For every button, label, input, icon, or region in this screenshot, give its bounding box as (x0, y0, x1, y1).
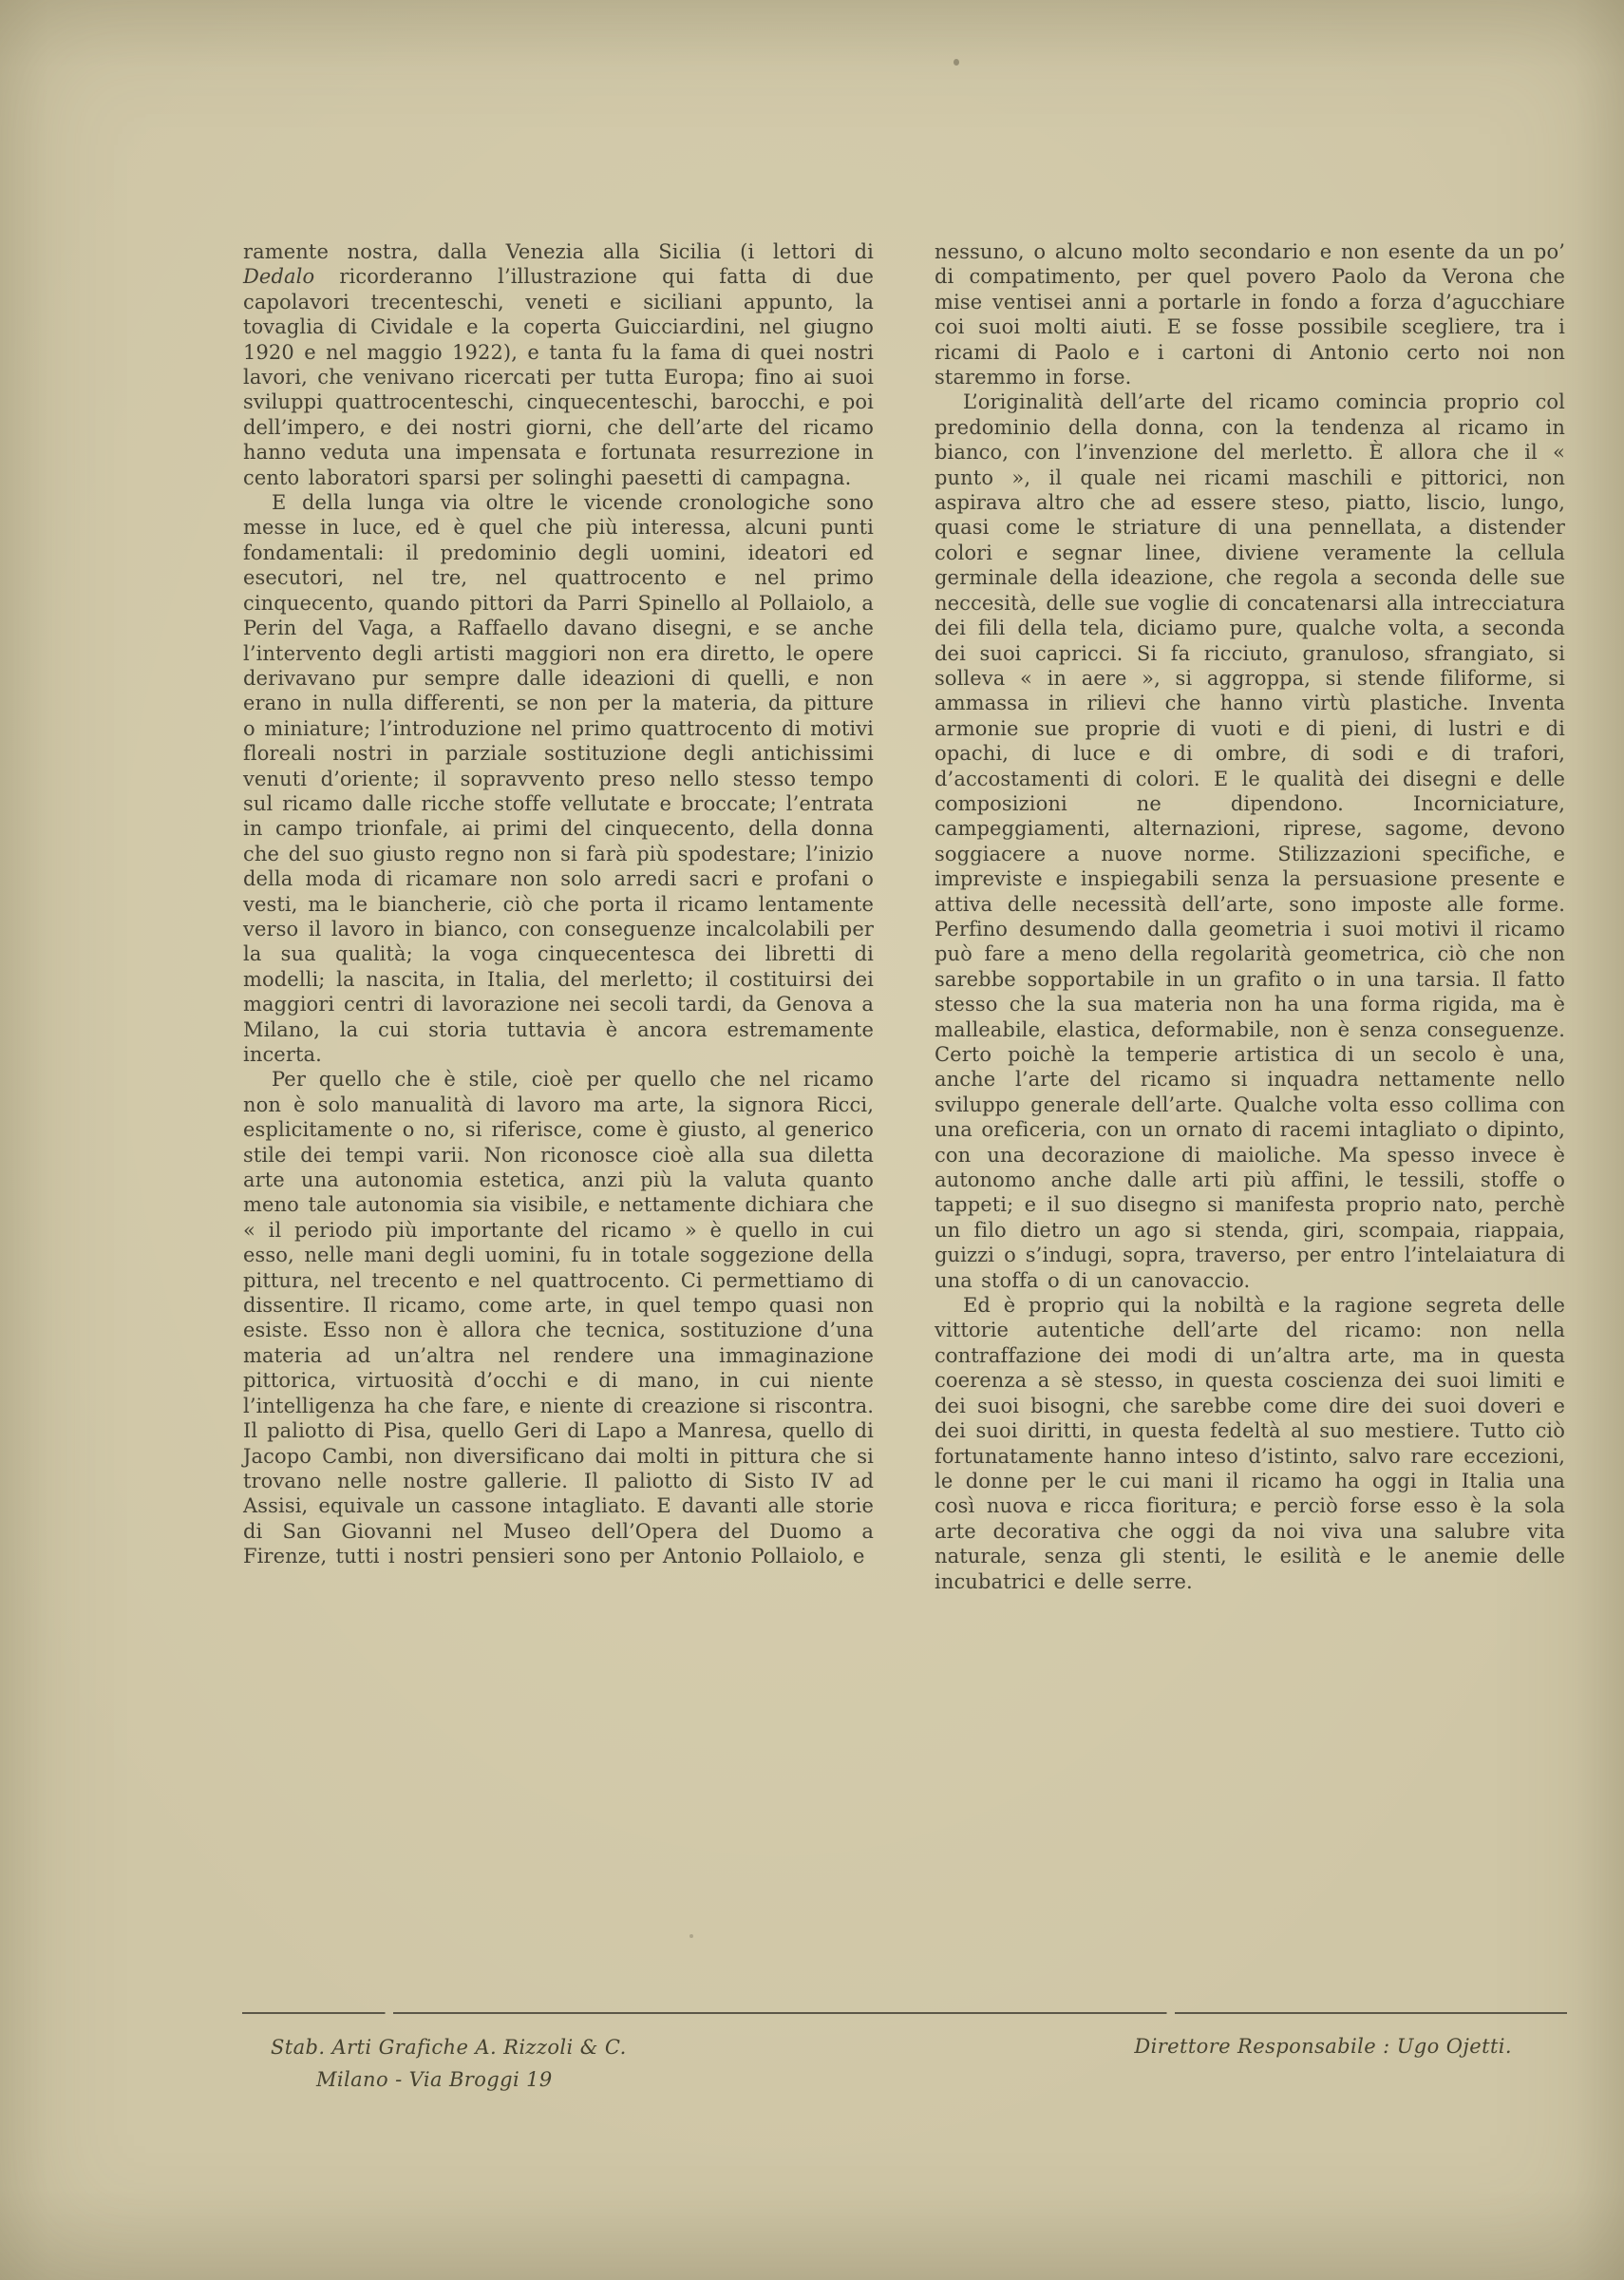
text-run: Ed è proprio qui la nobiltà e la ragione… (935, 1294, 1565, 1592)
paragraph: L’originalità dell’arte del ricamo comin… (935, 389, 1565, 1293)
article-body: ramente nostra, dalla Venezia alla Sicil… (243, 239, 1565, 1594)
scan-speck (954, 59, 959, 66)
text-column-right: nessuno, o alcuno molto secondario e non… (935, 239, 1565, 1594)
text-column-left: ramente nostra, dalla Venezia alla Sicil… (243, 239, 874, 1594)
text-run: nessuno, o alcuno molto secondario e non… (935, 240, 1565, 389)
paragraph: E della lunga via oltre le vicende crono… (243, 490, 874, 1067)
paragraph: ramente nostra, dalla Venezia alla Sicil… (243, 239, 874, 490)
scan-speck (689, 1934, 693, 1938)
printer-imprint-line2: Milano - Via Broggi 19 (316, 2063, 627, 2096)
italic-text-run: Dedalo (243, 265, 314, 288)
text-run: L’originalità dell’arte del ricamo comin… (935, 390, 1565, 1291)
text-run: Per quello che è stile, cioè per quello … (243, 1068, 874, 1567)
text-run: E della lunga via oltre le vicende crono… (243, 491, 874, 1066)
printer-imprint: Stab. Arti Grafiche A. Rizzoli & C. Mila… (271, 2031, 627, 2096)
paragraph: Ed è proprio qui la nobiltà e la ragione… (935, 1293, 1565, 1594)
footer-rule (242, 2012, 1567, 2014)
director-credit: Direttore Responsabile : Ugo Ojetti. (1134, 2035, 1512, 2058)
text-run: ramente nostra, dalla Venezia alla Sicil… (243, 240, 874, 263)
scanned-page: ramente nostra, dalla Venezia alla Sicil… (0, 0, 1624, 2280)
paragraph: Per quello che è stile, cioè per quello … (243, 1067, 874, 1568)
paragraph: nessuno, o alcuno molto secondario e non… (935, 239, 1565, 389)
text-run: ricorderanno l’illustrazione qui fatta d… (243, 265, 874, 488)
printer-imprint-line1: Stab. Arti Grafiche A. Rizzoli & C. (271, 2031, 627, 2063)
